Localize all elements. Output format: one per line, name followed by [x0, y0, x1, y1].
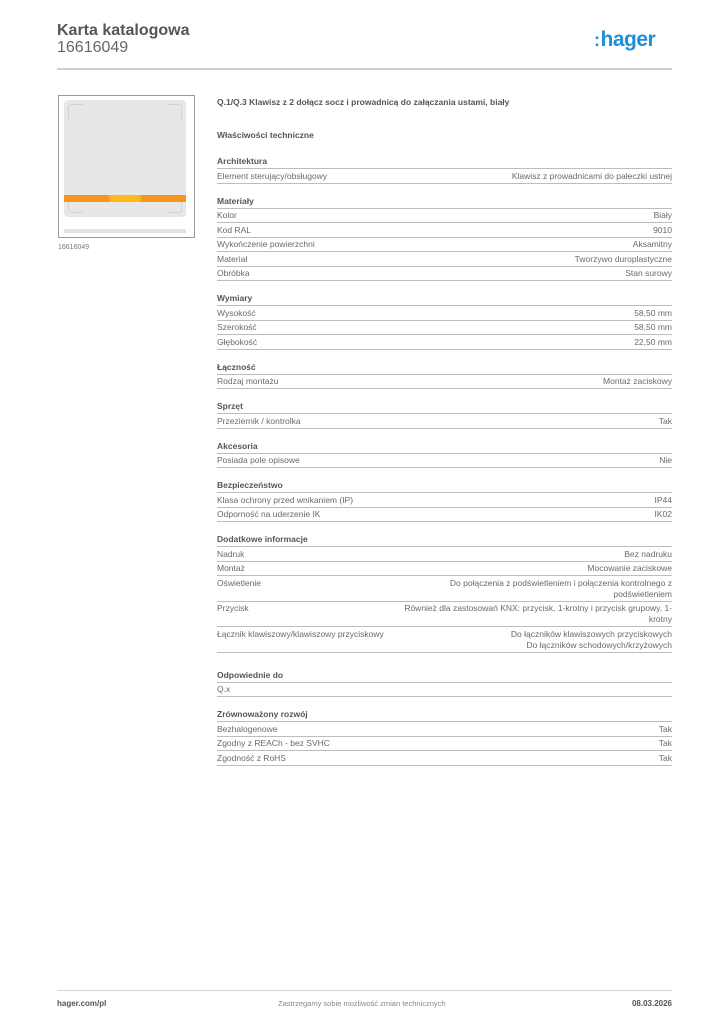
spec-section: Dodatkowe informacjeNadrukBez nadrukuMon…: [217, 533, 672, 653]
spec-label: Zgodność z RoHS: [217, 753, 286, 764]
spec-label: Wykończenie powierzchni: [217, 239, 315, 250]
spec-section: SprzętPrzeziernik / kontrolkaTak: [217, 400, 672, 429]
spec-value: 58,50 mm: [634, 322, 672, 333]
spec-label: Szerokość: [217, 322, 257, 333]
website-link[interactable]: hager.com/pl: [57, 999, 106, 1008]
spec-label: Kod RAL: [217, 225, 251, 236]
section-heading: Dodatkowe informacje: [217, 533, 672, 547]
spec-label: Przycisk: [217, 603, 249, 625]
disclaimer: Zastrzegamy sobie możliwość zmian techni…: [278, 999, 446, 1008]
spec-label: Montaż: [217, 563, 245, 574]
spec-row: Klasa ochrony przed wnikaniem (IP)IP44: [217, 493, 672, 508]
spec-row: PrzyciskRównież dla zastosowań KNX: przy…: [217, 602, 672, 628]
section-heading: Akcesoria: [217, 440, 672, 454]
catalog-number: 16616049: [57, 39, 128, 57]
spec-label: Posiada pole opisowe: [217, 455, 300, 466]
spec-label: Zgodny z REACh - bez SVHC: [217, 738, 330, 749]
spec-value: Do połączenia z podświetleniem i połącze…: [402, 578, 672, 600]
section-heading: Zrównoważony rozwój: [217, 708, 672, 722]
spec-value: 22,50 mm: [634, 337, 672, 348]
section-heading: Wymiary: [217, 292, 672, 306]
spec-value: Aksamitny: [633, 239, 672, 250]
spec-value: IK02: [655, 509, 673, 520]
spec-row: MontażMocowanie zaciskowe: [217, 562, 672, 577]
spec-value: Również dla zastosowań KNX: przycisk, 1-…: [402, 603, 672, 625]
section-heading: Architektura: [217, 155, 672, 169]
spec-value: Tak: [659, 416, 672, 427]
spec-row: Szerokość58,50 mm: [217, 321, 672, 336]
spec-label: Wysokość: [217, 308, 256, 319]
spec-row: Element sterujący/obsługowyKlawisz z pro…: [217, 169, 672, 184]
spec-row: Łącznik klawiszowy/klawiszowy przyciskow…: [217, 627, 672, 653]
spec-section: AkcesoriaPosiada pole opisoweNie: [217, 440, 672, 469]
switch-rocker-illustration: [64, 100, 186, 217]
spec-label: Klasa ochrony przed wnikaniem (IP): [217, 495, 353, 506]
product-title: Q.1/Q.3 Klawisz z 2 dołącz socz i prowad…: [217, 97, 509, 107]
spec-value: Nie: [659, 455, 672, 466]
product-image: [58, 95, 195, 238]
spec-row: OświetlenieDo połączenia z podświetlenie…: [217, 576, 672, 602]
spec-label: Oświetlenie: [217, 578, 261, 600]
spec-row: Głębokość22,50 mm: [217, 335, 672, 350]
spec-section: WymiaryWysokość58,50 mmSzerokość58,50 mm…: [217, 292, 672, 350]
image-bar: [64, 229, 186, 233]
spec-section: BezpieczeństwoKlasa ochrony przed wnikan…: [217, 479, 672, 522]
spec-section: ŁącznośćRodzaj montażuMontaż zaciskowy: [217, 361, 672, 390]
corner-notch: [167, 104, 182, 119]
document-title: Karta katalogowa: [57, 22, 189, 40]
spec-value: Montaż zaciskowy: [603, 376, 672, 387]
header-divider: [57, 68, 672, 70]
hager-logo: :hager: [594, 28, 655, 52]
spec-value: Stan surowy: [625, 268, 672, 279]
spec-label: Q.x: [217, 684, 230, 695]
spec-section: Odpowiednie doQ.x: [217, 669, 672, 698]
spec-label: Element sterujący/obsługowy: [217, 171, 327, 182]
spec-value: Mocowanie zaciskowe: [587, 563, 672, 574]
footer-divider: [57, 990, 672, 991]
spec-value: Tak: [659, 724, 672, 735]
spec-row: Wykończenie powierzchniAksamitny: [217, 238, 672, 253]
spec-label: Odporność na uderzenie IK: [217, 509, 320, 520]
properties-heading: Właściwości techniczne: [217, 130, 314, 140]
spec-row: Odporność na uderzenie IKIK02: [217, 508, 672, 523]
spec-section: Zrównoważony rozwójBezhalogenoweTakZgodn…: [217, 708, 672, 766]
spec-row: MateriałTworzywo duroplastyczne: [217, 252, 672, 267]
spec-value: IP44: [655, 495, 673, 506]
spec-row: Zgodny z REACh - bez SVHCTak: [217, 737, 672, 752]
image-caption: 16616049: [58, 244, 89, 251]
spec-row: Posiada pole opisoweNie: [217, 454, 672, 469]
logo-colon: :: [594, 30, 600, 50]
spec-value: Tak: [659, 753, 672, 764]
spec-label: Bezhalogenowe: [217, 724, 278, 735]
spec-section: ArchitekturaElement sterujący/obsługowyK…: [217, 155, 672, 184]
spec-label: Kolor: [217, 210, 237, 221]
spec-row: KolorBiały: [217, 209, 672, 224]
section-heading: Odpowiednie do: [217, 669, 672, 683]
spec-value: 9010: [653, 225, 672, 236]
spec-section: MateriałyKolorBiałyKod RAL9010Wykończeni…: [217, 195, 672, 282]
spec-value: Biały: [654, 210, 672, 221]
spec-row: Rodzaj montażuMontaż zaciskowy: [217, 375, 672, 390]
spec-row: Zgodność z RoHSTak: [217, 751, 672, 766]
spec-row: NadrukBez nadruku: [217, 547, 672, 562]
spec-row: Kod RAL9010: [217, 223, 672, 238]
logo-text: hager: [601, 28, 656, 51]
section-heading: Materiały: [217, 195, 672, 209]
spec-label: Obróbka: [217, 268, 250, 279]
spec-value: Bez nadruku: [624, 549, 672, 560]
section-heading: Łączność: [217, 361, 672, 375]
spec-value: Klawisz z prowadnicami do pałeczki ustne…: [512, 171, 672, 182]
spec-label: Nadruk: [217, 549, 244, 560]
document-date: 08.03.2026: [632, 999, 672, 1008]
spec-label: Łącznik klawiszowy/klawiszowy przyciskow…: [217, 629, 384, 651]
spec-row: BezhalogenoweTak: [217, 722, 672, 737]
spec-value: Tworzywo duroplastyczne: [575, 254, 672, 265]
spec-label: Przeziernik / kontrolka: [217, 416, 301, 427]
spec-label: Materiał: [217, 254, 247, 265]
corner-notch: [68, 104, 83, 119]
spec-row: Q.x: [217, 683, 672, 698]
led-strip: [64, 195, 186, 202]
spec-row: Przeziernik / kontrolkaTak: [217, 414, 672, 429]
section-heading: Bezpieczeństwo: [217, 479, 672, 493]
spec-row: ObróbkaStan surowy: [217, 267, 672, 282]
spec-label: Rodzaj montażu: [217, 376, 278, 387]
section-heading: Sprzęt: [217, 400, 672, 414]
spec-value: Tak: [659, 738, 672, 749]
spec-value: 58,50 mm: [634, 308, 672, 319]
spec-label: Głębokość: [217, 337, 257, 348]
spec-row: Wysokość58,50 mm: [217, 306, 672, 321]
spec-sections: ArchitekturaElement sterujący/obsługowyK…: [217, 155, 672, 777]
spec-value: Do łączników klawiszowych przyciskowych …: [511, 629, 672, 651]
